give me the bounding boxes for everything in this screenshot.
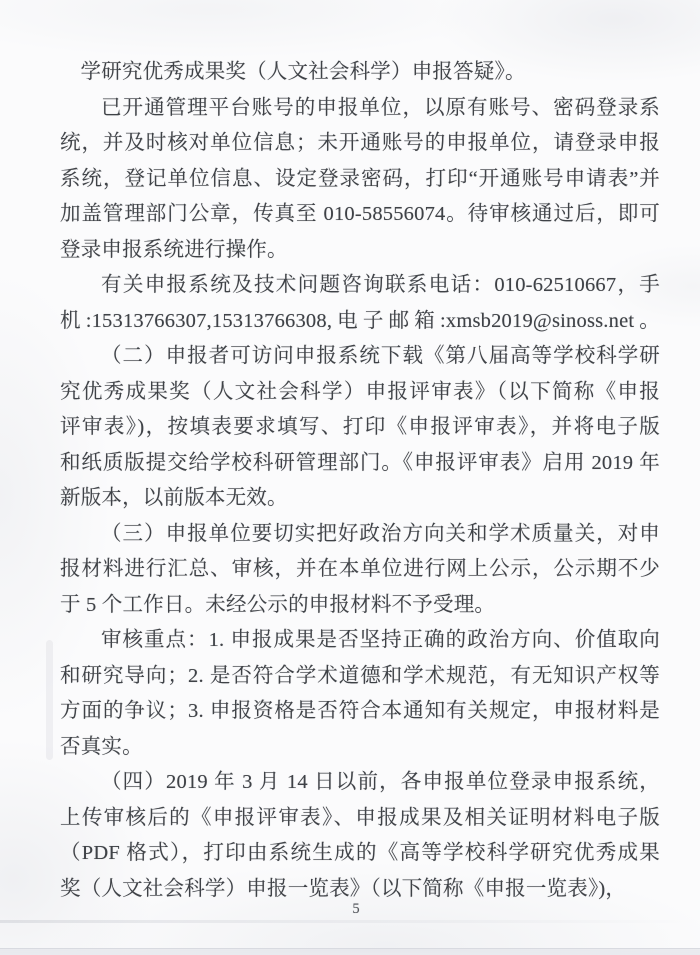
text-line: 已开通管理平台账号的申报单位，以原有账号、密码登录系	[60, 91, 660, 127]
text-line: 新版本，以前版本无效。	[60, 481, 660, 517]
text-line: 和纸质版提交给学校科研管理部门。《申报评审表》启用 2019 年	[60, 446, 660, 482]
text-line: 报材料进行汇总、审核，并在本单位进行网上公示，公示期不少	[60, 552, 660, 588]
text-line: 加盖管理部门公章，传真至 010-58556074。待审核通过后，即可	[60, 197, 660, 233]
text-line: 审核重点：1. 申报成果是否坚持正确的政治方向、价值取向	[60, 623, 660, 659]
text-line: 于 5 个工作日。未经公示的申报材料不予受理。	[60, 588, 660, 624]
scan-streak-artifact	[0, 920, 700, 923]
text-line: 学研究优秀成果奖（人文社会科学）申报答疑》。	[60, 55, 660, 91]
scanned-document-page: 学研究优秀成果奖（人文社会科学）申报答疑》。已开通管理平台账号的申报单位，以原有…	[0, 0, 700, 955]
document-body-text: 学研究优秀成果奖（人文社会科学）申报答疑》。已开通管理平台账号的申报单位，以原有…	[60, 55, 660, 907]
text-line: 否真实。	[60, 730, 660, 766]
text-line: （三）申报单位要切实把好政治方向关和学术质量关，对申	[60, 517, 660, 553]
text-line: 有关申报系统及技术问题咨询联系电话：010-62510667，手	[60, 268, 660, 304]
scan-smudge-artifact	[46, 640, 53, 760]
scan-bottom-edge	[0, 948, 700, 955]
text-line: 机:15313766307,15313766308,电子邮箱:xmsb2019@…	[60, 304, 660, 340]
text-line: （PDF 格式），打印由系统生成的《高等学校科学研究优秀成果	[60, 836, 660, 872]
text-line: 究优秀成果奖（人文社会科学）申报评审表》（以下简称《申报	[60, 375, 660, 411]
text-line: （四）2019 年 3 月 14 日以前，各申报单位登录申报系统，	[60, 765, 660, 801]
text-line: （二）申报者可访问申报系统下载《第八届高等学校科学研	[60, 339, 660, 375]
text-line: 统，并及时核对单位信息；未开通账号的申报单位，请登录申报	[60, 126, 660, 162]
text-line: 上传审核后的《申报评审表》、申报成果及相关证明材料电子版	[60, 801, 660, 837]
text-line: 登录申报系统进行操作。	[60, 233, 660, 269]
text-line: 方面的争议；3. 申报资格是否符合本通知有关规定，申报材料是	[60, 694, 660, 730]
text-line: 评审表》)，按填表要求填写、打印《申报评审表》，并将电子版	[60, 410, 660, 446]
page-number: 5	[0, 901, 700, 918]
text-line: 系统，登记单位信息、设定登录密码，打印“开通账号申请表”并	[60, 162, 660, 198]
text-line: 和研究导向；2. 是否符合学术道德和学术规范，有无知识产权等	[60, 659, 660, 695]
